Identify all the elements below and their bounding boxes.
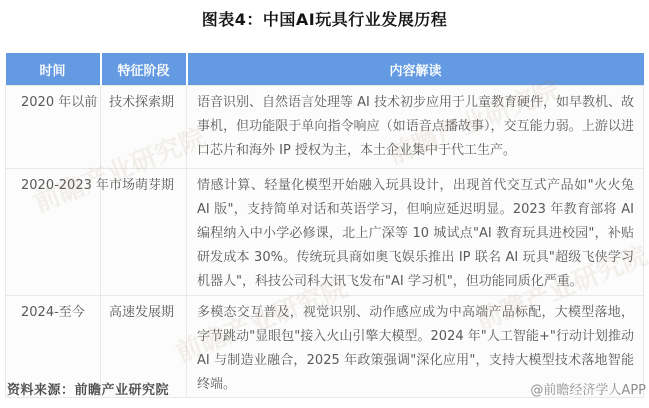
app-credit: @前瞻经济学人APP: [530, 379, 646, 398]
table-row: 2020 年以前 技术探索期 语音识别、自然语言处理等 AI 技术初步应用于儿童…: [6, 86, 644, 169]
cell-stage-row1: 技术探索期: [101, 86, 187, 169]
cell-time-row1: 2020 年以前: [6, 86, 101, 169]
source-note: 资料来源：前瞻产业研究院: [7, 379, 169, 398]
cell-content-row1: 语音识别、自然语言处理等 AI 技术初步应用于儿童教育硬件，如早教机、故事机，但…: [187, 86, 644, 169]
cell-content-row2: 情感计算、轻量化模型开始融入玩具设计，出现首代交互式产品如"火火兔 AI 版"，…: [187, 169, 644, 296]
figure-title: 图表4：中国AI玩具行业发展历程: [0, 7, 649, 30]
cell-time-row2: 2020-2023 年: [6, 169, 101, 296]
table-row: 2020-2023 年 市场萌芽期 情感计算、轻量化模型开始融入玩具设计，出现首…: [6, 169, 644, 296]
column-header-time: 时间: [6, 53, 101, 86]
column-header-stage: 特征阶段: [101, 53, 187, 86]
report-figure-page: 图表4：中国AI玩具行业发展历程 时间 特征阶段 内容解读 2020 年以前 技…: [0, 0, 649, 408]
table-header-row: 时间 特征阶段 内容解读: [6, 53, 644, 86]
cell-stage-row2: 市场萌芽期: [101, 169, 187, 296]
column-header-content: 内容解读: [187, 53, 644, 86]
figure-footer: 资料来源：前瞻产业研究院 @前瞻经济学人APP: [7, 379, 646, 398]
development-history-table: 时间 特征阶段 内容解读 2020 年以前 技术探索期 语音识别、自然语言处理等…: [5, 53, 644, 398]
